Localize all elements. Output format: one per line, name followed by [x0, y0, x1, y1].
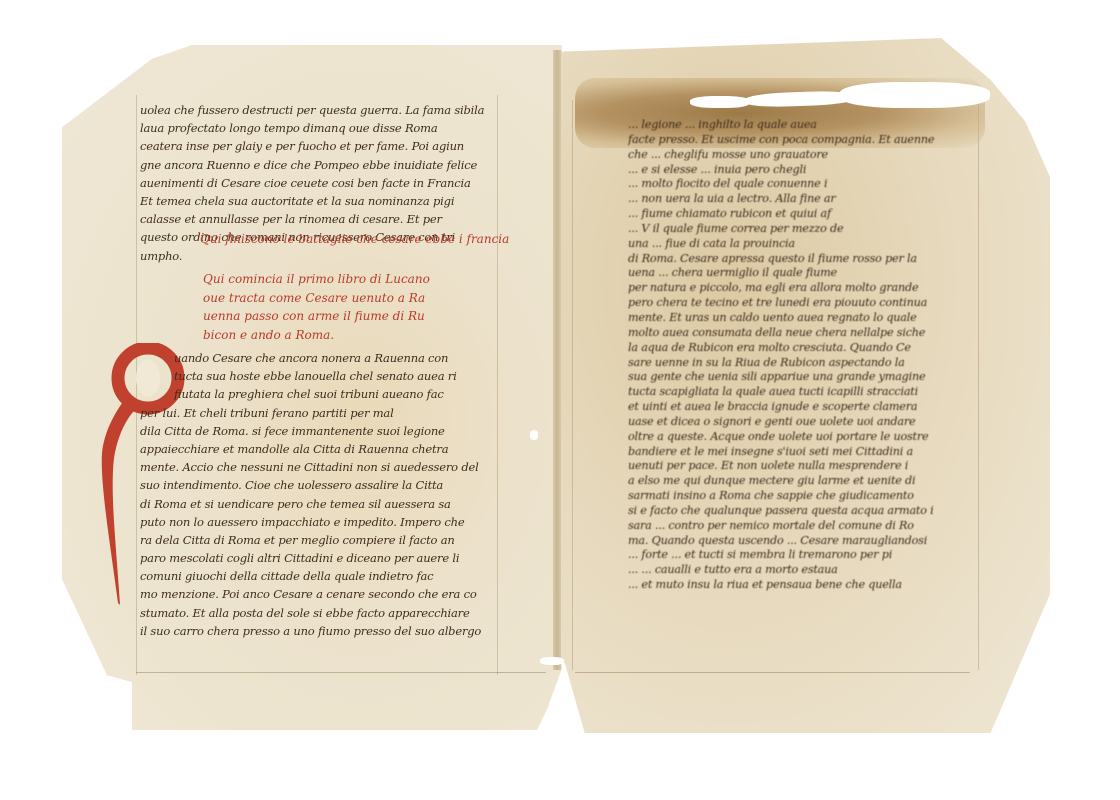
text-line: mente. Et uras un caldo uento auea regna… [628, 311, 934, 326]
text-line: ... ... caualli e tutto era a morto esta… [628, 563, 934, 578]
text-line: ra dela Citta di Roma et per meglio comp… [140, 531, 481, 549]
text-line: ... V il quale fiume correa per mezzo de [628, 222, 934, 237]
text-line: sare uenne in su la Riua de Rubicon aspe… [628, 356, 934, 371]
text-line: mente. Accio che nessuni ne Cittadini no… [140, 458, 481, 476]
text-line: di Roma. Cesare apressa questo il fiume … [628, 252, 934, 267]
left-text-main: uando Cesare che ancora nonera a Rauenna… [174, 349, 457, 404]
tear-hole [690, 96, 750, 108]
rubric-line: Qui comincia il primo libro di Lucano [203, 270, 430, 289]
text-line: ... forte ... et tucti si membra li trem… [628, 548, 934, 563]
text-line: auenimenti di Cesare cioe ceuete cosi be… [140, 174, 484, 192]
text-line: pero chera te tecino et tre lunedi era p… [628, 296, 934, 311]
text-line: comuni giuochi della cittade della quale… [140, 567, 481, 585]
text-line: uolea che fussero destructi per questa g… [140, 101, 484, 119]
text-line: molto auea consumata della neue chera ne… [628, 326, 934, 341]
text-line: uase et dicea o signori e genti oue uole… [628, 415, 934, 430]
text-line: appaiecchiare et mandolle ala Citta di R… [140, 440, 481, 458]
text-line: ... molto fiocito del quale conuenne i [628, 177, 934, 192]
text-line: si e facto che qualunque passera questa … [628, 504, 934, 519]
text-line: mo menzione. Poi anco Cesare a cenare se… [140, 585, 481, 603]
text-line: oltre a queste. Acque onde uolete uoi po… [628, 430, 934, 445]
text-line: una ... fiue di cata la prouincia [628, 237, 934, 252]
text-line: tucta sua hoste ebbe lanouella chel sena… [174, 367, 457, 385]
text-line: il suo carro chera presso a uno fiumo pr… [140, 622, 481, 640]
text-line: ... non uera la uia a lectro. Alla fine … [628, 192, 934, 207]
rubric-line: uenna passo con arme il fiume di Ru [203, 307, 430, 326]
text-line: laua profectato longo tempo dimanq oue d… [140, 119, 484, 137]
text-line: sara ... contro per nemico mortale del c… [628, 519, 934, 534]
rubric-chapter-end: Qui finiscono le battaglie che cesare eb… [200, 230, 509, 249]
text-line: sarmati insino a Roma che sappie che giu… [628, 489, 934, 504]
text-line: che ... cheglifu mosse uno grauatore [628, 148, 934, 163]
text-line: suo intendimento. Cioe che uolessero ass… [140, 476, 481, 494]
text-line: a elso me qui dunque mectere giu larme e… [628, 474, 934, 489]
tear-hole [840, 82, 990, 108]
text-line: et uinti et auea le braccia ignude e sco… [628, 400, 934, 415]
text-line: puto non lo auessero impacchiato e imped… [140, 513, 481, 531]
tear-hole [530, 430, 538, 440]
text-line: ... e si elesse ... inuia pero chegli [628, 163, 934, 178]
text-line: ceatera inse per glaiy e per fuocho et p… [140, 137, 484, 155]
text-line: ... fiume chiamato rubicon et quiui af [628, 207, 934, 222]
text-line: tucta scapigliata la quale auea tucti ic… [628, 385, 934, 400]
text-line: bandiere et le mei insegne s'iuoi seti m… [628, 445, 934, 460]
text-line: uando Cesare che ancora nonera a Rauenna… [174, 349, 457, 367]
text-line: ... et muto insu la riua et pensaua bene… [628, 578, 934, 593]
text-line: paro mescolati cogli altri Cittadini e d… [140, 549, 481, 567]
text-line: umpho. [140, 247, 484, 265]
text-line: la aqua de Rubicon era molto cresciuta. … [628, 341, 934, 356]
text-line: per natura e piccolo, ma egli era allora… [628, 281, 934, 296]
text-line: stumato. Et alla posta del sole si ebbe … [140, 604, 481, 622]
right-bottom-fold [575, 672, 970, 673]
text-line: uena ... chera uermiglio il quale fiume [628, 266, 934, 281]
rubric-book-heading: Qui comincia il primo libro di Lucano ou… [203, 270, 430, 344]
text-line: Et temea chela sua auctoritate et la sua… [140, 192, 484, 210]
rubric-line: oue tracta come Cesare uenuto a Ra [203, 289, 430, 308]
rubric-line: bicon e ando a Roma. [203, 326, 430, 345]
text-line: fiutata la preghiera chel suoi tribuni a… [174, 385, 457, 403]
text-line: uenuti per pace. Et non uolete nulla mes… [628, 459, 934, 474]
text-line: calasse et annullasse per la rinomea di … [140, 210, 484, 228]
tear-hole [540, 657, 564, 665]
left-bottom-fold [136, 672, 546, 673]
text-line: per lui. Et cheli tribuni ferano partiti… [140, 404, 481, 422]
text-line: dila Citta de Roma. si fece immantenente… [140, 422, 481, 440]
text-line: gne ancora Ruenno e dice che Pompeo ebbe… [140, 156, 484, 174]
left-text-main-cont: per lui. Et cheli tribuni ferano partiti… [140, 404, 481, 640]
text-line: sua gente che uenia sili appariue una gr… [628, 370, 934, 385]
text-line: di Roma et si uendicare pero che temea s… [140, 495, 481, 513]
text-line: facte presso. Et uscime con poca compagn… [628, 133, 934, 148]
binding-gutter [553, 50, 561, 670]
text-line: ma. Quando questa uscendo ... Cesare mar… [628, 534, 934, 549]
right-text: ... legione ... inghilto la quale auea f… [628, 118, 934, 593]
text-line: ... legione ... inghilto la quale auea [628, 118, 934, 133]
